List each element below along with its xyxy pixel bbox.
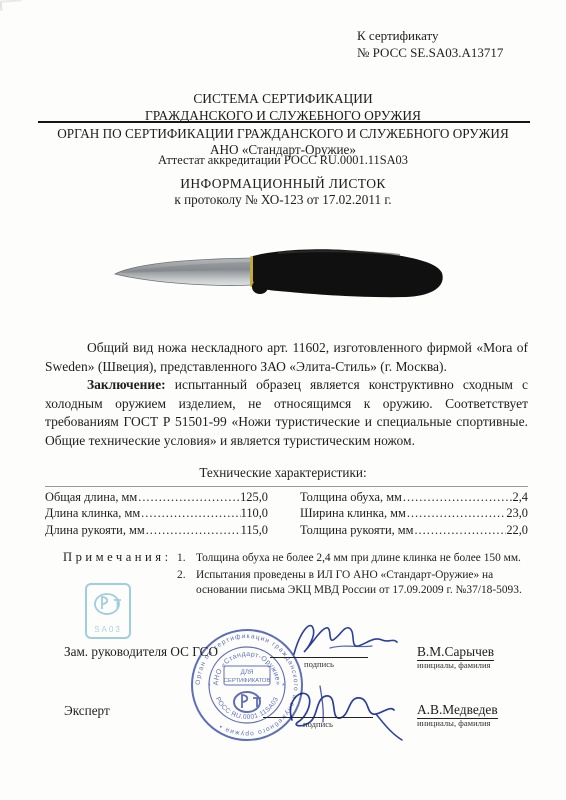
notes-label: Примечания: <box>63 550 172 565</box>
spec-label: Общая длина, мм <box>45 489 137 505</box>
certificate-reference-line1: К сертификату <box>357 27 503 44</box>
signature-caption: подпись <box>270 659 368 669</box>
signatory-name-sarychev: В.М.Сарычев <box>417 644 494 661</box>
spec-label: Толщина рукояти, мм <box>300 522 413 538</box>
square-conformity-stamp: SA03 <box>84 582 132 640</box>
svg-text:*: * <box>208 683 211 690</box>
document-title: ИНФОРМАЦИОННЫЙ ЛИСТОК <box>0 176 566 192</box>
certification-document-page: К сертификату № РОСС SE.SA03.A13717 СИСТ… <box>0 0 566 800</box>
note-number: 1. <box>177 551 196 567</box>
name-caption: инициалы, фамилия <box>417 718 491 728</box>
certificate-reference: К сертификату № РОСС SE.SA03.A13717 <box>357 27 503 61</box>
specs-right-column: Толщина обуха, мм ......................… <box>300 489 528 538</box>
note-text: Толщина обуха не более 2,4 мм при длине … <box>196 551 525 567</box>
scan-corner-artifact <box>0 0 22 11</box>
spec-value: 125,0 <box>240 489 268 505</box>
name-caption: инициалы, фамилия <box>417 660 491 670</box>
signature-ink-expert <box>280 676 408 746</box>
certificate-number: № РОСС SE.SA03.A13717 <box>357 44 503 61</box>
note-number: 2. <box>177 568 196 599</box>
dot-leader: ........................................… <box>140 505 240 521</box>
dot-leader: ........................................… <box>402 489 513 505</box>
signature-ink-deputy-head <box>286 614 401 662</box>
spec-value: 115,0 <box>241 522 268 538</box>
round-stamp-center-line1: ДЛЯ <box>241 669 254 676</box>
knife-photo <box>100 238 460 318</box>
dot-leader: ........................................… <box>413 522 506 538</box>
spec-label: Длина рукояти, мм <box>45 522 145 538</box>
spec-value: 110,0 <box>241 505 268 521</box>
accreditation-line: Аттестат аккредитации РОСС RU.0001.11SA0… <box>0 153 566 168</box>
notes-list: 1. Толщина обуха не более 2,4 мм при дли… <box>177 551 525 600</box>
org-line1: ОРГАН ПО СЕРТИФИКАЦИИ ГРАЖДАНСКОГО И СЛУ… <box>0 126 566 142</box>
dot-leader: ........................................… <box>145 522 241 538</box>
system-line1: СИСТЕМА СЕРТИФИКАЦИИ <box>0 91 566 108</box>
signatory-role-expert: Эксперт <box>64 703 110 719</box>
signature-caption: подпись <box>263 719 373 729</box>
rst-mark-icon <box>95 594 119 614</box>
conclusion-paragraph: Заключение: испытанный образец является … <box>45 376 528 450</box>
spec-row: Толщина рукояти, мм ....................… <box>300 522 528 538</box>
description-paragraph: Общий вид ножа нескладного арт. 11602, и… <box>45 339 528 376</box>
round-stamp-center-line2: СЕРТИФИКАТОВ <box>224 678 271 684</box>
conclusion-label: Заключение: <box>87 377 166 392</box>
body-text: Общий вид ножа нескладного арт. 11602, и… <box>45 339 528 451</box>
header-divider-rule <box>38 121 530 123</box>
spec-row: Ширина клинка, мм ......................… <box>300 505 528 521</box>
knife-handle <box>253 249 443 297</box>
document-subtitle: к протоколу № ХО-123 от 17.02.2011 г. <box>0 192 566 208</box>
spec-value: 23,0 <box>506 505 528 521</box>
dot-leader: ........................................… <box>137 489 240 505</box>
spec-row: Толщина обуха, мм ......................… <box>300 489 528 505</box>
signatory-role-deputy-head: Зам. руководителя ОС ГСО <box>64 644 218 660</box>
specs-left-column: Общая длина, мм ........................… <box>45 489 268 538</box>
spec-label: Ширина клинка, мм <box>300 505 406 521</box>
knife-guard-bump <box>252 280 268 294</box>
spec-label: Толщина обуха, мм <box>300 489 402 505</box>
spec-value: 2,4 <box>513 489 529 505</box>
note-item: 2. Испытания проведены в ИЛ ГО АНО «Стан… <box>177 568 525 599</box>
signatory-name-medvedev: А.В.Медведев <box>417 702 498 719</box>
spec-row: Длина рукояти, мм ......................… <box>45 522 268 538</box>
spec-row: Общая длина, мм ........................… <box>45 489 268 505</box>
note-text: Испытания проведены в ИЛ ГО АНО «Стандар… <box>196 568 525 599</box>
spec-value: 22,0 <box>506 522 528 538</box>
signature-line <box>270 657 368 658</box>
dot-leader: ........................................… <box>406 505 506 521</box>
spec-row: Длина клинка, мм .......................… <box>45 505 268 521</box>
square-stamp-code: SA03 <box>94 625 122 634</box>
signature-line <box>263 717 373 718</box>
specs-top-rule <box>45 486 528 487</box>
note-item: 1. Толщина обуха не более 2,4 мм при дли… <box>177 551 525 567</box>
specs-title: Технические характеристики: <box>0 465 566 481</box>
certification-system-heading: СИСТЕМА СЕРТИФИКАЦИИ ГРАЖДАНСКОГО И СЛУЖ… <box>0 91 566 124</box>
spec-label: Длина клинка, мм <box>45 505 140 521</box>
